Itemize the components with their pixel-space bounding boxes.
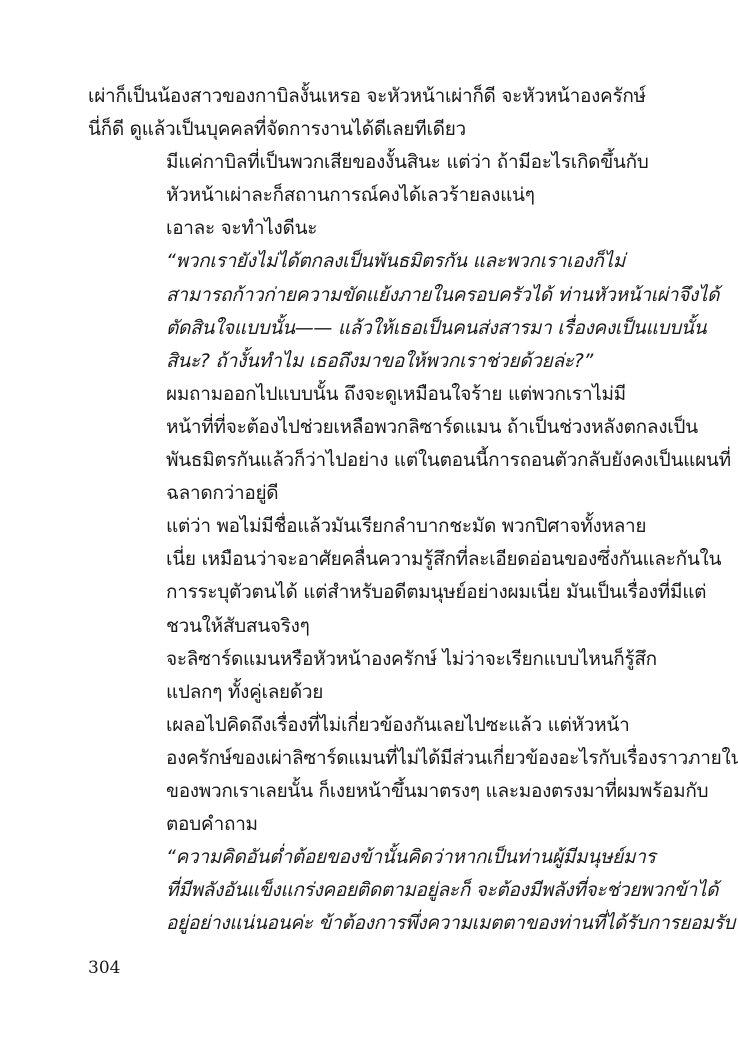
text-line: เผ่าก็เป็นน้องสาวของกาบิลงั้นเหรอ จะหัวห… [88, 80, 652, 113]
paragraph: จะลิซาร์ดแมนหรือหัวหน้าองครักษ์ ไม่ว่าจะ… [88, 643, 652, 709]
text-line: เอาละ จะทำไงดีนะ [88, 212, 652, 245]
text-line: สามารถก้าวก่ายความขัดแย้งภายในครอบครัวได… [88, 279, 652, 312]
paragraph: ผมถามออกไปแบบนั้น ถึงจะดูเหมือนใจร้าย แต… [88, 378, 652, 510]
text-line: หัวหน้าเผ่าละก็สถานการณ์คงได้เลวร้ายลงแน… [88, 179, 652, 212]
text-line: ผมถามออกไปแบบนั้น ถึงจะดูเหมือนใจร้าย แต… [88, 378, 652, 411]
text-line: การระบุตัวตนได้ แต่สำหรับอดีตมนุษย์อย่าง… [88, 576, 652, 609]
text-line: “พวกเรายังไม่ได้ตกลงเป็นพันธมิตรกัน และพ… [88, 245, 652, 278]
page-body: เผ่าก็เป็นน้องสาวของกาบิลงั้นเหรอ จะหัวห… [88, 80, 652, 940]
text-line: จะลิซาร์ดแมนหรือหัวหน้าองครักษ์ ไม่ว่าจะ… [88, 643, 652, 676]
text-line: ตอบคำถาม [88, 808, 652, 841]
text-line: เนี่ย เหมือนว่าจะอาศัยคลื่นความรู้สึกที่… [88, 543, 652, 576]
text-line: มีแค่กาบิลที่เป็นพวกเสียของงั้นสินะ แต่ว… [88, 146, 652, 179]
text-line: นี่ก็ดี ดูแล้วเป็นบุคคลที่จัดการงานได้ดี… [88, 113, 652, 146]
text-line: พันธมิตรกันแล้วก็ว่าไปอย่าง แต่ในตอนนี้ก… [88, 444, 652, 477]
paragraph: แต่ว่า พอไม่มีชื่อแล้วมันเรียกลำบากชะมัด… [88, 510, 652, 642]
paragraph: เผ่าก็เป็นน้องสาวของกาบิลงั้นเหรอ จะหัวห… [88, 80, 652, 146]
text-line: ชวนให้สับสนจริงๆ [88, 610, 652, 643]
text-line: หน้าที่ที่จะต้องไปช่วยเหลือพวกลิซาร์ดแมน… [88, 411, 652, 444]
text-line: แปลกๆ ทั้งคู่เลยด้วย [88, 676, 652, 709]
text-line: อยู่อย่างแน่นอนค่ะ ข้าต้องการพึ่งความเมต… [88, 907, 652, 940]
paragraph: เอาละ จะทำไงดีนะ [88, 212, 652, 245]
paragraph: มีแค่กาบิลที่เป็นพวกเสียของงั้นสินะ แต่ว… [88, 146, 652, 212]
text-line: ของพวกเราเลยนั้น ก็เงยหน้าขึ้นมาตรงๆ และ… [88, 775, 652, 808]
text-line: สินะ? ถ้างั้นทำไม เธอถึงมาขอให้พวกเราช่ว… [88, 345, 652, 378]
dialogue-paragraph: “พวกเรายังไม่ได้ตกลงเป็นพันธมิตรกัน และพ… [88, 245, 652, 377]
text-line: แต่ว่า พอไม่มีชื่อแล้วมันเรียกลำบากชะมัด… [88, 510, 652, 543]
page-number: 304 [88, 958, 120, 978]
text-line: ฉลาดกว่าอยู่ดี [88, 477, 652, 510]
dialogue-paragraph: “ความคิดอันต่ำต้อยของข้านั้นคิดว่าหากเป็… [88, 841, 652, 940]
text-line: เผลอไปคิดถึงเรื่องที่ไม่เกี่ยวข้องกันเลย… [88, 709, 652, 742]
paragraph: เผลอไปคิดถึงเรื่องที่ไม่เกี่ยวข้องกันเลย… [88, 709, 652, 841]
text-line: ที่มีพลังอันแข็งแกร่งคอยติดตามอยู่ละก็ จ… [88, 874, 652, 907]
text-line: ตัดสินใจแบบนั้น—— แล้วให้เธอเป็นคนส่งสาร… [88, 312, 652, 345]
text-line: “ความคิดอันต่ำต้อยของข้านั้นคิดว่าหากเป็… [88, 841, 652, 874]
text-line: องครักษ์ของเผ่าลิซาร์ดแมนที่ไม่ได้มีส่วน… [88, 742, 652, 775]
